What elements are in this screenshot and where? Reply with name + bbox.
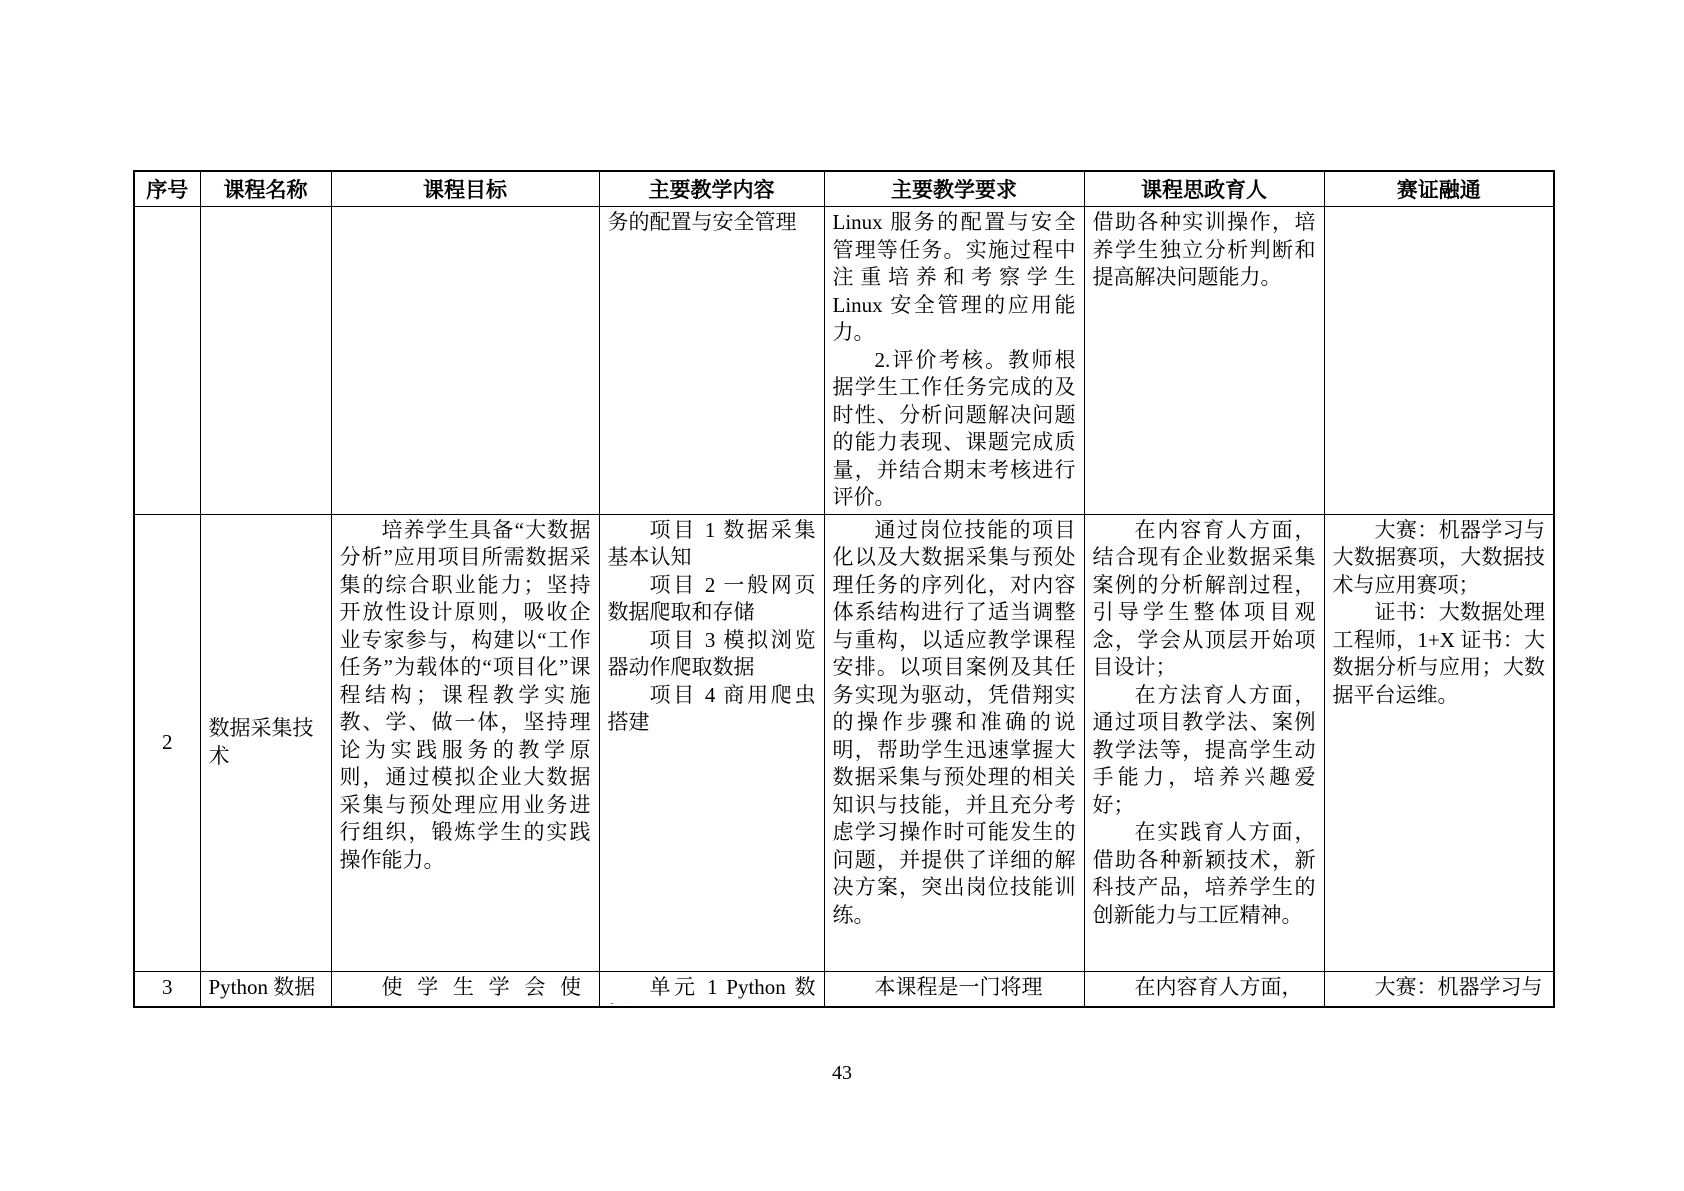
cell-paragraph: 大赛：机器学习与大数据赛项，大数据技术与应用赛项；: [1333, 517, 1546, 600]
header-course-name: 课程名称: [200, 171, 331, 207]
cell-objectives: [331, 207, 599, 515]
cell-clip: 在内容育人方面，: [1093, 974, 1316, 1004]
cell-teaching-content: 务的配置与安全管理: [599, 207, 824, 515]
cell-paragraph: 在内容育人方面，结合现有企业数据采集案例的分析解剖过程，引导学生整体项目观念，学…: [1093, 517, 1316, 682]
cell-paragraph: 通过岗位技能的项目化以及大数据采集与预处理任务的序列化，对内容体系结构进行了适当…: [833, 517, 1076, 930]
cell-seq: [134, 207, 200, 515]
cell-paragraph: 单元 1 Python 数据: [608, 974, 816, 1004]
table-row-continuation: 务的配置与安全管理 Linux 服务的配置与安全管理等任务。实施过程中注重培养和…: [134, 207, 1554, 515]
header-teaching-requirements: 主要教学要求: [824, 171, 1084, 207]
header-objectives: 课程目标: [331, 171, 599, 207]
header-seq: 序号: [134, 171, 200, 207]
cell-clip: 使学生学会使用: [340, 974, 591, 1004]
cell-course-name: [200, 207, 331, 515]
cell-paragraph: 务的配置与安全管理: [608, 209, 816, 237]
header-ideology: 课程思政育人: [1084, 171, 1324, 207]
header-certification: 赛证融通: [1324, 171, 1554, 207]
cell-paragraph: 项目 1 数据采集基本认知: [608, 517, 816, 572]
curriculum-table: 序号 课程名称 课程目标 主要教学内容 主要教学要求 课程思政育人 赛证融通 务…: [133, 170, 1555, 1008]
cell-seq: 2: [134, 514, 200, 971]
cell-teaching-content: 项目 1 数据采集基本认知 项目 2 一般网页数据爬取和存储 项目 3 模拟浏览…: [599, 514, 824, 971]
cell-seq: 3: [134, 971, 200, 1007]
cell-ideology: 在内容育人方面，: [1084, 971, 1324, 1007]
cell-paragraph: 大赛：机器学习与: [1333, 974, 1546, 1002]
cell-clip: 大赛：机器学习与: [1333, 974, 1546, 1004]
table-row-course-3: 3 Python 数据 使学生学会使用 单元 1 Python 数据 本课程是一…: [134, 971, 1554, 1007]
cell-clip: 3: [143, 974, 192, 1004]
header-teaching-content: 主要教学内容: [599, 171, 824, 207]
cell-course-name: 数据采集技术: [200, 514, 331, 971]
table-header-row: 序号 课程名称 课程目标 主要教学内容 主要教学要求 课程思政育人 赛证融通: [134, 171, 1554, 207]
cell-paragraph: 2.评价考核。教师根据学生工作任务完成的及时性、分析问题解决问题的能力表现、课题…: [833, 347, 1076, 512]
cell-paragraph: 培养学生具备“大数据分析”应用项目所需数据采集的综合职业能力；坚持开放性设计原则…: [340, 517, 591, 875]
cell-teaching-requirements: Linux 服务的配置与安全管理等任务。实施过程中注重培养和考察学生 Linux…: [824, 207, 1084, 515]
cell-objectives: 使学生学会使用: [331, 971, 599, 1007]
cell-ideology: 在内容育人方面，结合现有企业数据采集案例的分析解剖过程，引导学生整体项目观念，学…: [1084, 514, 1324, 971]
cell-paragraph: 证书：大数据处理工程师，1+X 证书：大数据分析与应用；大数据平台运维。: [1333, 599, 1546, 709]
cell-paragraph: 在内容育人方面，: [1093, 974, 1316, 1002]
cell-paragraph: Linux 服务的配置与安全管理等任务。实施过程中注重培养和考察学生 Linux…: [833, 209, 1076, 347]
cell-objectives: 培养学生具备“大数据分析”应用项目所需数据采集的综合职业能力；坚持开放性设计原则…: [331, 514, 599, 971]
cell-paragraph: 项目 4 商用爬虫搭建: [608, 682, 816, 737]
cell-course-name: Python 数据: [200, 971, 331, 1007]
page-number: 43: [0, 1062, 1684, 1085]
cell-ideology: 借助各种实训操作，培养学生独立分析判断和提高解决问题能力。: [1084, 207, 1324, 515]
cell-teaching-content: 单元 1 Python 数据: [599, 971, 824, 1007]
cell-paragraph: 项目 3 模拟浏览器动作爬取数据: [608, 627, 816, 682]
cell-paragraph: 借助各种实训操作，培养学生独立分析判断和提高解决问题能力。: [1093, 209, 1316, 292]
cell-clip: 单元 1 Python 数据: [608, 974, 816, 1004]
cell-clip: Python 数据: [209, 974, 323, 1004]
cell-teaching-requirements: 通过岗位技能的项目化以及大数据采集与预处理任务的序列化，对内容体系结构进行了适当…: [824, 514, 1084, 971]
table-row-course-2: 2 数据采集技术 培养学生具备“大数据分析”应用项目所需数据采集的综合职业能力；…: [134, 514, 1554, 971]
cell-paragraph: 使学生学会使用: [340, 974, 591, 1004]
cell-teaching-requirements: 本课程是一门将理: [824, 971, 1084, 1007]
cell-certification: 大赛：机器学习与: [1324, 971, 1554, 1007]
cell-clip: 本课程是一门将理: [833, 974, 1076, 1004]
cell-paragraph: 项目 2 一般网页数据爬取和存储: [608, 572, 816, 627]
cell-paragraph: 本课程是一门将理: [833, 974, 1076, 1002]
cell-paragraph: 在实践育人方面，借助各种新颖技术，新科技产品，培养学生的创新能力与工匠精神。: [1093, 819, 1316, 929]
cell-certification: [1324, 207, 1554, 515]
cell-paragraph: 在方法育人方面，通过项目教学法、案例教学法等，提高学生动手能力，培养兴趣爱好；: [1093, 682, 1316, 820]
cell-certification: 大赛：机器学习与大数据赛项，大数据技术与应用赛项； 证书：大数据处理工程师，1+…: [1324, 514, 1554, 971]
